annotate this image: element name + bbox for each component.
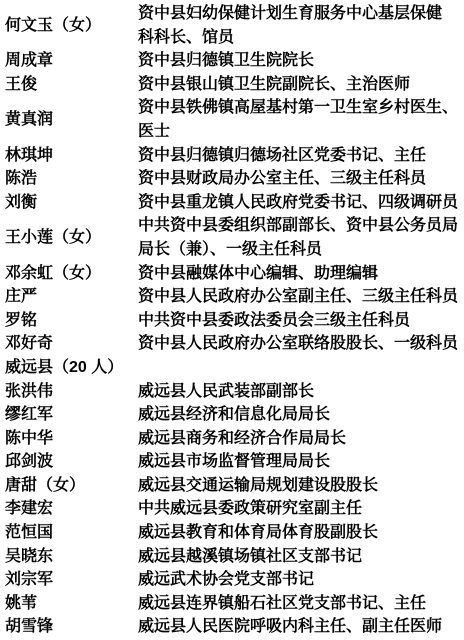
roster-row: 陈中华 威远县商务和经济合作局局长	[5, 427, 464, 451]
person-name: 邱剑波	[5, 450, 138, 474]
person-position: 资中县财政局办公室主任、三级主任科员	[138, 167, 462, 191]
person-position: 资中县归德镇归德场社区党委书记、主任	[138, 144, 462, 168]
person-position: 威远县商务和经济合作局局长	[138, 427, 462, 451]
person-position: 资中县归德镇卫生院院长	[138, 49, 462, 73]
person-name: 陈浩	[5, 167, 138, 191]
person-position: 威远县交通运输局规划建设股股长	[138, 474, 462, 498]
person-name: 罗铭	[5, 309, 138, 333]
person-name: 缪红军	[5, 403, 138, 427]
person-position: 威远县越溪镇场镇社区支部书记	[138, 545, 462, 569]
person-position: 资中县妇幼保健计划生育服务中心基层保健 科科长、馆员	[138, 2, 462, 49]
person-name: 吴晓东	[5, 545, 138, 569]
person-name: 姚苇	[5, 592, 138, 616]
roster-row: 胡雪锋 威远县人民医院呼吸内科主任、副主任医师	[5, 615, 464, 639]
person-position: 威远武术协会党支部书记	[138, 568, 462, 592]
person-position: 威远县市场监督管理局局长	[138, 450, 462, 474]
roster-row: 范恒国 威远县教育和体育局体育股副股长	[5, 521, 464, 545]
roster-row: 王小莲（女） 中共资中县委组织部副部长、资中县公务员局 局长（兼）、一级主任科员	[5, 214, 464, 261]
person-name: 黄真润	[5, 108, 138, 132]
person-position: 资中县铁佛镇高屋基村第一卫生室乡村医生、 医士	[138, 96, 462, 143]
person-position: 威远县经济和信息化局局长	[138, 403, 462, 427]
person-position: 中共资中县委组织部副部长、资中县公务员局 局长（兼）、一级主任科员	[138, 214, 462, 261]
person-name: 王小莲（女）	[5, 226, 138, 250]
roster-row: 林琪坤 资中县归德镇归德场社区党委书记、主任	[5, 144, 464, 168]
person-name: 唐甜（女）	[5, 474, 138, 498]
person-position: 资中县银山镇卫生院副院长、主治医师	[138, 73, 462, 97]
person-name: 王俊	[5, 73, 138, 97]
roster-row: 周成章 资中县归德镇卫生院院长	[5, 49, 464, 73]
roster-row: 何文玉（女） 资中县妇幼保健计划生育服务中心基层保健 科科长、馆员	[5, 2, 464, 49]
person-position: 资中县人民政府办公室副主任、三级主任科员	[138, 285, 462, 309]
person-name: 张洪伟	[5, 380, 138, 404]
roster-row: 邓余虹（女） 资中县融媒体中心编辑、助理编辑	[5, 262, 464, 286]
person-name: 邓好奇	[5, 332, 138, 356]
person-position: 中共资中县委政法委员会三级主任科员	[138, 309, 462, 333]
roster-row: 李建宏 中共威远县委政策研究室副主任	[5, 497, 464, 521]
person-position: 资中县人民政府办公室联络股股长、一级科员	[138, 332, 462, 356]
person-name: 何文玉（女）	[5, 14, 138, 38]
person-name: 范恒国	[5, 521, 138, 545]
roster-row: 吴晓东 威远县越溪镇场镇社区支部书记	[5, 545, 464, 569]
person-position: 资中县重龙镇人民政府党委书记、四级调研员	[138, 191, 462, 215]
roster-row: 刘宗军 威远武术协会党支部书记	[5, 568, 464, 592]
roster-row: 罗铭 中共资中县委政法委员会三级主任科员	[5, 309, 464, 333]
roster-row: 邱剑波 威远县市场监督管理局局长	[5, 450, 464, 474]
person-position: 威远县人民医院呼吸内科主任、副主任医师	[138, 615, 462, 639]
roster-row: 唐甜（女） 威远县交通运输局规划建设股股长	[5, 474, 464, 498]
roster-row: 刘衡 资中县重龙镇人民政府党委书记、四级调研员	[5, 191, 464, 215]
roster-row: 王俊 资中县银山镇卫生院副院长、主治医师	[5, 73, 464, 97]
section-header-text: 威远县（20 人）	[5, 356, 123, 380]
roster-row: 陈浩 资中县财政局办公室主任、三级主任科员	[5, 167, 464, 191]
roster-row: 庄严 资中县人民政府办公室副主任、三级主任科员	[5, 285, 464, 309]
roster-row: 邓好奇 资中县人民政府办公室联络股股长、一级科员	[5, 332, 464, 356]
person-name: 林琪坤	[5, 144, 138, 168]
roster-row: 张洪伟 威远县人民武装部副部长	[5, 380, 464, 404]
person-name: 胡雪锋	[5, 615, 138, 639]
person-position: 中共威远县委政策研究室副主任	[138, 497, 462, 521]
person-name: 陈中华	[5, 427, 138, 451]
person-position: 威远县教育和体育局体育股副股长	[138, 521, 462, 545]
person-position: 资中县融媒体中心编辑、助理编辑	[138, 262, 462, 286]
roster: 何文玉（女） 资中县妇幼保健计划生育服务中心基层保健 科科长、馆员 周成章 资中…	[0, 0, 464, 639]
section-header: 威远县（20 人）	[5, 356, 464, 380]
roster-row: 缪红军 威远县经济和信息化局局长	[5, 403, 464, 427]
person-name: 李建宏	[5, 497, 138, 521]
person-name: 庄严	[5, 285, 138, 309]
person-name: 刘宗军	[5, 568, 138, 592]
roster-row: 黄真润 资中县铁佛镇高屋基村第一卫生室乡村医生、 医士	[5, 96, 464, 143]
person-name: 周成章	[5, 49, 138, 73]
roster-row: 姚苇 威远县连界镇船石社区党支部书记、主任	[5, 592, 464, 616]
person-position: 威远县连界镇船石社区党支部书记、主任	[138, 592, 462, 616]
person-name: 邓余虹（女）	[5, 262, 138, 286]
person-name: 刘衡	[5, 191, 138, 215]
person-position: 威远县人民武装部副部长	[138, 380, 462, 404]
